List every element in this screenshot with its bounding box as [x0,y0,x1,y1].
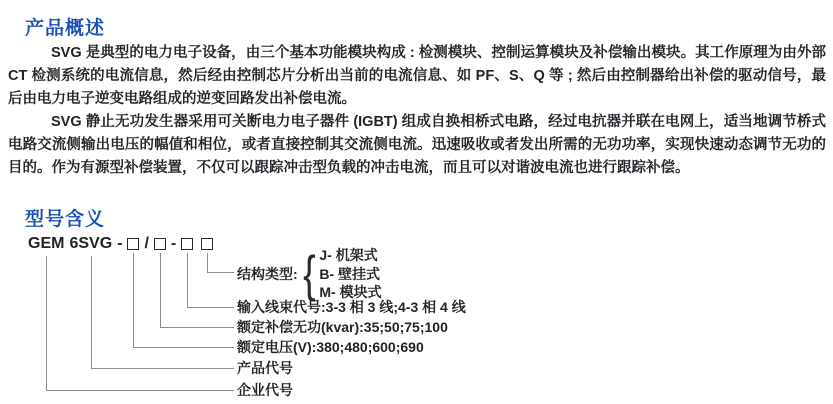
model-code-company: GEM [28,235,64,253]
model-code-box-kvar [154,238,166,250]
model-code-box-wires [181,238,193,250]
label-product-code: 产品代号 [237,359,293,377]
model-code-separator-2: / [144,235,148,253]
overview-paragraph-2: SVG 静止无功发生器采用可关断电力电子器件 (IGBT) 组成自换相桥式电路，… [8,111,826,180]
model-code: GEM 6SVG - / - [28,235,213,253]
overview-paragraphs: SVG 是典型的电力电子设备，由三个基本功能模块构成 : 检测模块、控制运算模块… [8,42,826,180]
label-input-wire-code: 输入线束代号:3-3 相 3 线;4-3 相 4 线 [237,298,466,316]
model-code-product: 6SVG [69,235,112,253]
model-code-box-voltage [127,238,139,250]
model-code-box-structure [201,238,213,250]
section-title-overview: 产品概述 [25,13,105,40]
model-code-separator-3: - [171,235,176,253]
label-company-code: 企业代号 [237,381,293,399]
structure-type-label-group: 结构类型: { J- 机架式 B- 壁挂式 M- 模块式 [237,246,382,302]
brace-icon: { [303,246,316,302]
label-rated-kvar: 额定补偿无功(kvar):35;50;75;100 [237,318,448,336]
structure-type-label: 结构类型: [237,264,298,284]
overview-paragraph-1: SVG 是典型的电力电子设备，由三个基本功能模块构成 : 检测模块、控制运算模块… [8,42,826,111]
structure-option-wall: B- 壁挂式 [319,265,381,284]
label-rated-voltage: 额定电压(V):380;480;600;690 [237,338,424,356]
structure-type-options: J- 机架式 B- 壁挂式 M- 模块式 [319,246,381,302]
document-page: 产品概述 SVG 是典型的电力电子设备，由三个基本功能模块构成 : 检测模块、控… [0,0,833,404]
model-code-separator-1: - [117,235,122,253]
section-title-model: 型号含义 [25,204,105,231]
structure-option-rack: J- 机架式 [319,246,381,265]
